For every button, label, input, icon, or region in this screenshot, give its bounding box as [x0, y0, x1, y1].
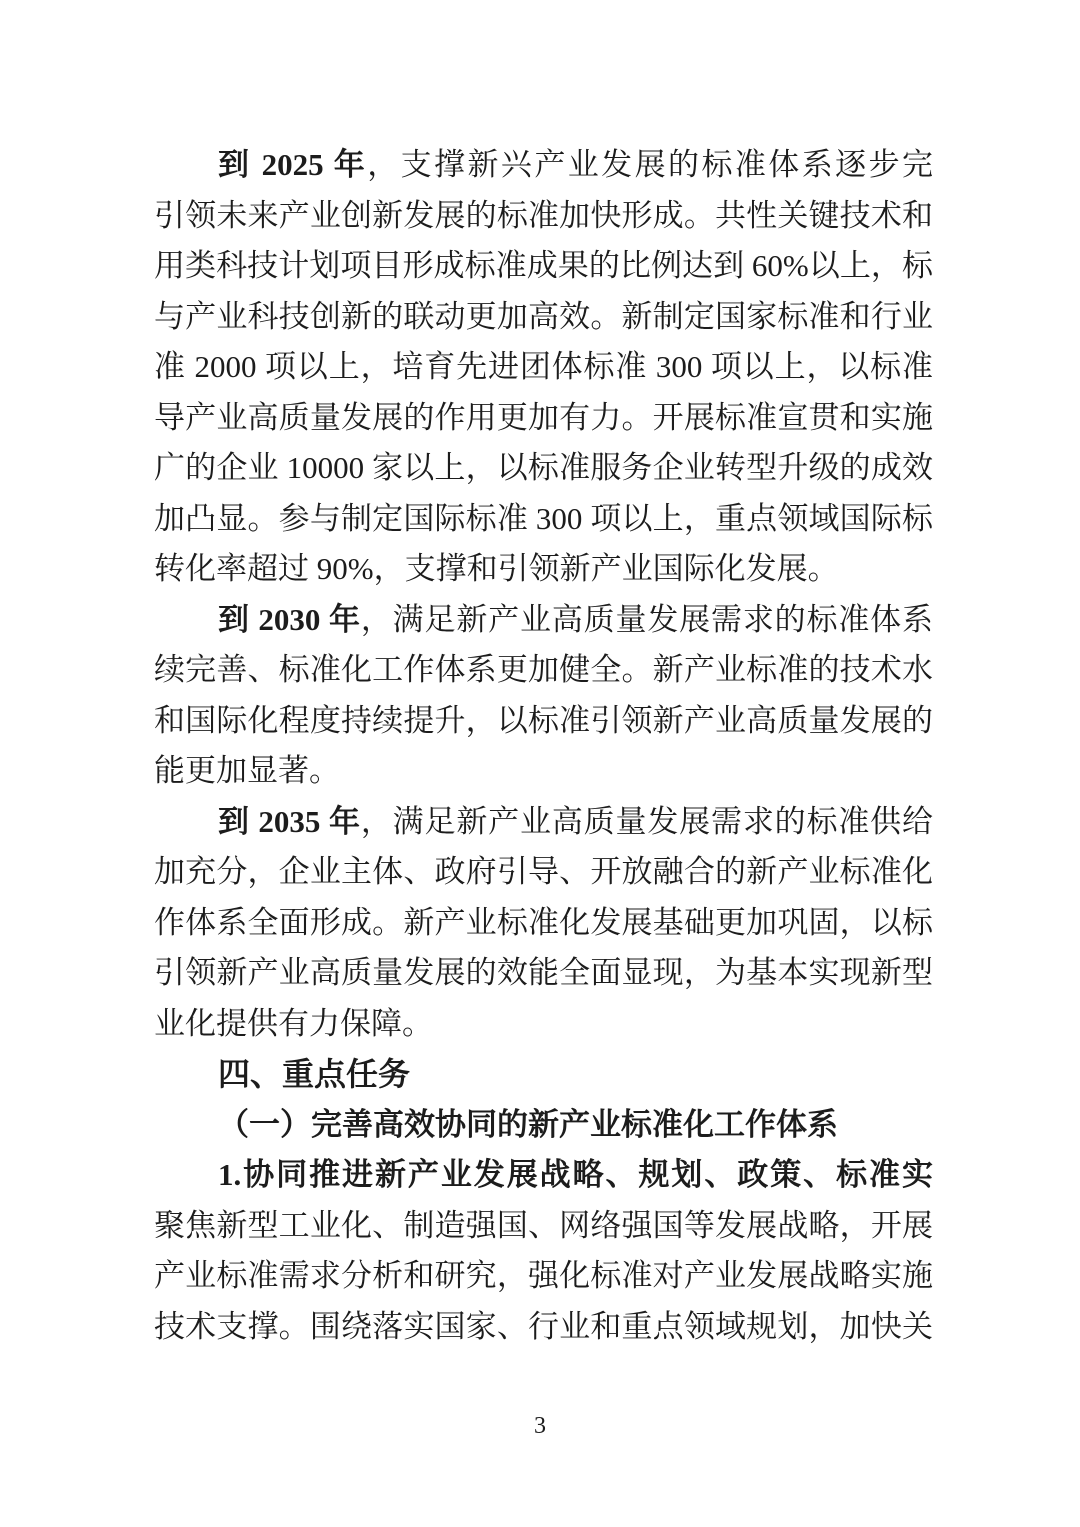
text-run: 产业标准需求分析和研究，强化标准对产业发展战略实施的: [154, 1258, 933, 1302]
text-line: 加充分，企业主体、政府引导、开放融合的新产业标准化工: [154, 847, 933, 898]
text-run: 转化率超过 90%，支撑和引领新产业国际化发展。: [154, 551, 839, 586]
text-run: 和国际化程度持续提升，以标准引领新产业高质量发展的效: [154, 703, 933, 747]
text-line: 和国际化程度持续提升，以标准引领新产业高质量发展的效: [154, 696, 933, 747]
text-line: 转化率超过 90%，支撑和引领新产业国际化发展。: [154, 544, 933, 595]
text-run: 导产业高质量发展的作用更加有力。开展标准宣贯和实施推: [154, 400, 933, 444]
text-line: 续完善、标准化工作体系更加健全。新产业标准的技术水平: [154, 645, 933, 696]
text-run: 引领新产业高质量发展的效能全面显现，为基本实现新型工: [154, 955, 933, 999]
text-line: 广的企业 10000 家以上，以标准服务企业转型升级的成效更: [154, 443, 933, 494]
text-run: 广的企业 10000 家以上，以标准服务企业转型升级的成效更: [154, 450, 933, 494]
text-line: 到 2035 年，满足新产业高质量发展需求的标准供给更: [154, 797, 933, 848]
text-line: 作体系全面形成。新产业标准化发展基础更加巩固，以标准: [154, 898, 933, 949]
text-run-bold: 四、重点任务: [218, 1056, 410, 1092]
text-run: 引领未来产业创新发展的标准加快形成。共性关键技术和应: [154, 198, 933, 242]
text-line: 到 2030 年，满足新产业高质量发展需求的标准体系持: [154, 595, 933, 646]
text-run: 业化提供有力保障。: [154, 1006, 433, 1041]
text-run: 用类科技计划项目形成标准成果的比例达到 60%以上，标准: [154, 248, 933, 292]
text-line: 能更加显著。: [154, 746, 933, 797]
text-line: 引领未来产业创新发展的标准加快形成。共性关键技术和应: [154, 191, 933, 242]
text-line: 加凸显。参与制定国际标准 300 项以上，重点领域国际标准: [154, 494, 933, 545]
text-line: 与产业科技创新的联动更加高效。新制定国家标准和行业标: [154, 292, 933, 343]
text-run: 续完善、标准化工作体系更加健全。新产业标准的技术水平: [154, 652, 933, 696]
document-page: 到 2025 年，支撑新兴产业发展的标准体系逐步完善、引领未来产业创新发展的标准…: [0, 0, 1080, 1527]
text-line: 业化提供有力保障。: [154, 999, 933, 1050]
text-run: 准 2000 项以上，培育先进团体标准 300 项以上，以标准指: [154, 349, 933, 393]
text-run-bold: （一）完善高效协同的新产业标准化工作体系: [218, 1107, 838, 1142]
text-run-bold: 到 2030 年: [218, 602, 361, 637]
text-run: 加凸显。参与制定国际标准 300 项以上，重点领域国际标准: [154, 501, 933, 545]
text-run: 作体系全面形成。新产业标准化发展基础更加巩固，以标准: [154, 905, 933, 949]
text-run: 聚焦新型工业化、制造强国、网络强国等发展战略，开展新: [154, 1208, 933, 1252]
text-line: 聚焦新型工业化、制造强国、网络强国等发展战略，开展新: [154, 1201, 933, 1252]
text-line: 四、重点任务: [154, 1049, 933, 1100]
text-line: 1.协同推进新产业发展战略、规划、政策、标准实施。: [154, 1150, 933, 1201]
text-run-bold: 到 2025 年: [218, 147, 367, 182]
text-line: 技术支撑。围绕落实国家、行业和重点领域规划，加快关键: [154, 1302, 933, 1353]
text-run: 与产业科技创新的联动更加高效。新制定国家标准和行业标: [154, 299, 933, 343]
text-line: （一）完善高效协同的新产业标准化工作体系: [154, 1100, 933, 1151]
document-body: 到 2025 年，支撑新兴产业发展的标准体系逐步完善、引领未来产业创新发展的标准…: [154, 140, 933, 1352]
text-run: 能更加显著。: [154, 753, 340, 788]
text-line: 引领新产业高质量发展的效能全面显现，为基本实现新型工: [154, 948, 933, 999]
text-line: 导产业高质量发展的作用更加有力。开展标准宣贯和实施推: [154, 393, 933, 444]
text-run-bold: 到 2035 年: [218, 804, 361, 839]
text-line: 准 2000 项以上，培育先进团体标准 300 项以上，以标准指: [154, 342, 933, 393]
text-line: 到 2025 年，支撑新兴产业发展的标准体系逐步完善、: [154, 140, 933, 191]
text-line: 用类科技计划项目形成标准成果的比例达到 60%以上，标准: [154, 241, 933, 292]
text-run-bold: 1.协同推进新产业发展战略、规划、政策、标准实施。: [154, 1157, 933, 1201]
page-number: 3: [0, 1408, 1080, 1444]
text-line: 产业标准需求分析和研究，强化标准对产业发展战略实施的: [154, 1251, 933, 1302]
text-run: 加充分，企业主体、政府引导、开放融合的新产业标准化工: [154, 854, 933, 898]
text-run: 技术支撑。围绕落实国家、行业和重点领域规划，加快关键: [154, 1309, 933, 1353]
